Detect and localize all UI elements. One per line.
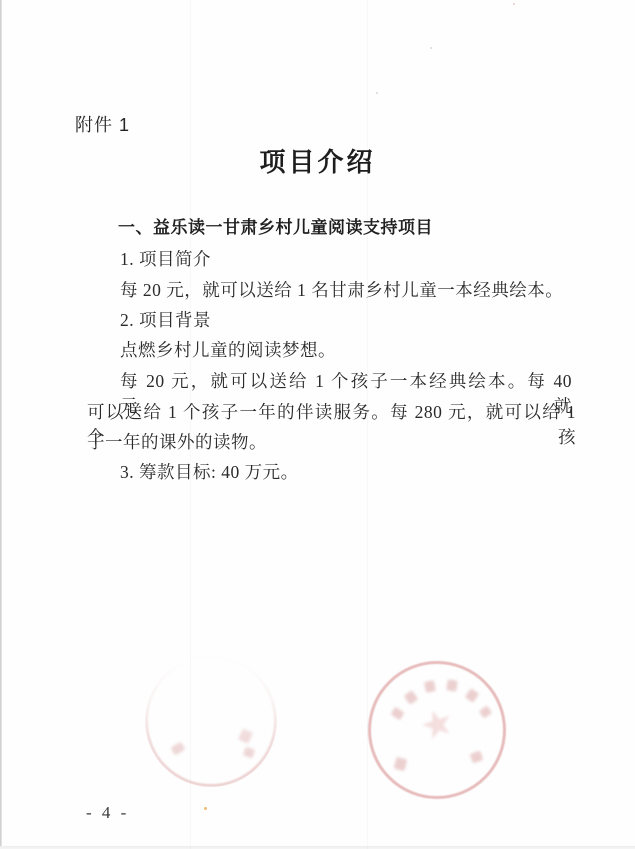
scan-speck <box>430 47 432 49</box>
seal-character-mark <box>171 742 186 756</box>
body-line-background-text-1: 点燃乡村儿童的阅读梦想。 <box>120 337 336 362</box>
scan-speck <box>204 807 207 810</box>
body-line-fundraising-goal: 3. 筹款目标: 40 万元。 <box>120 459 299 484</box>
attachment-label: 附件 1 <box>75 111 130 137</box>
seal-character-mark <box>243 747 255 759</box>
right-red-seal-stamp: ★ <box>368 661 506 799</box>
page-number: - 4 - <box>86 803 129 823</box>
scan-speck <box>513 3 515 5</box>
document-title: 项目介绍 <box>0 142 635 179</box>
seal-character-mark <box>238 728 253 744</box>
body-line-project-background-label: 2. 项目背景 <box>120 307 211 332</box>
scan-edge-left <box>0 0 2 849</box>
scan-speck <box>376 92 378 94</box>
scanned-document-page: 附件 1 项目介绍 一、益乐读一甘肃乡村儿童阅读支持项目 1. 项目简介 每 2… <box>0 0 635 849</box>
seal-character-mark <box>424 680 436 693</box>
star-icon: ★ <box>367 683 506 766</box>
body-line-background-text-4: 子一年的课外的读物。 <box>87 429 267 454</box>
body-line-project-intro-label: 1. 项目简介 <box>120 246 211 271</box>
left-red-seal-stamp <box>145 655 277 787</box>
seal-character-mark <box>470 750 484 763</box>
body-line-project-intro-text: 每 20 元，就可以送给 1 名甘肃乡村儿童一本经典绘本。 <box>120 277 563 302</box>
seal-character-mark <box>446 679 458 692</box>
section-heading: 一、益乐读一甘肃乡村儿童阅读支持项目 <box>118 213 433 238</box>
seal-character-mark <box>404 690 419 705</box>
seal-character-mark <box>394 757 408 771</box>
